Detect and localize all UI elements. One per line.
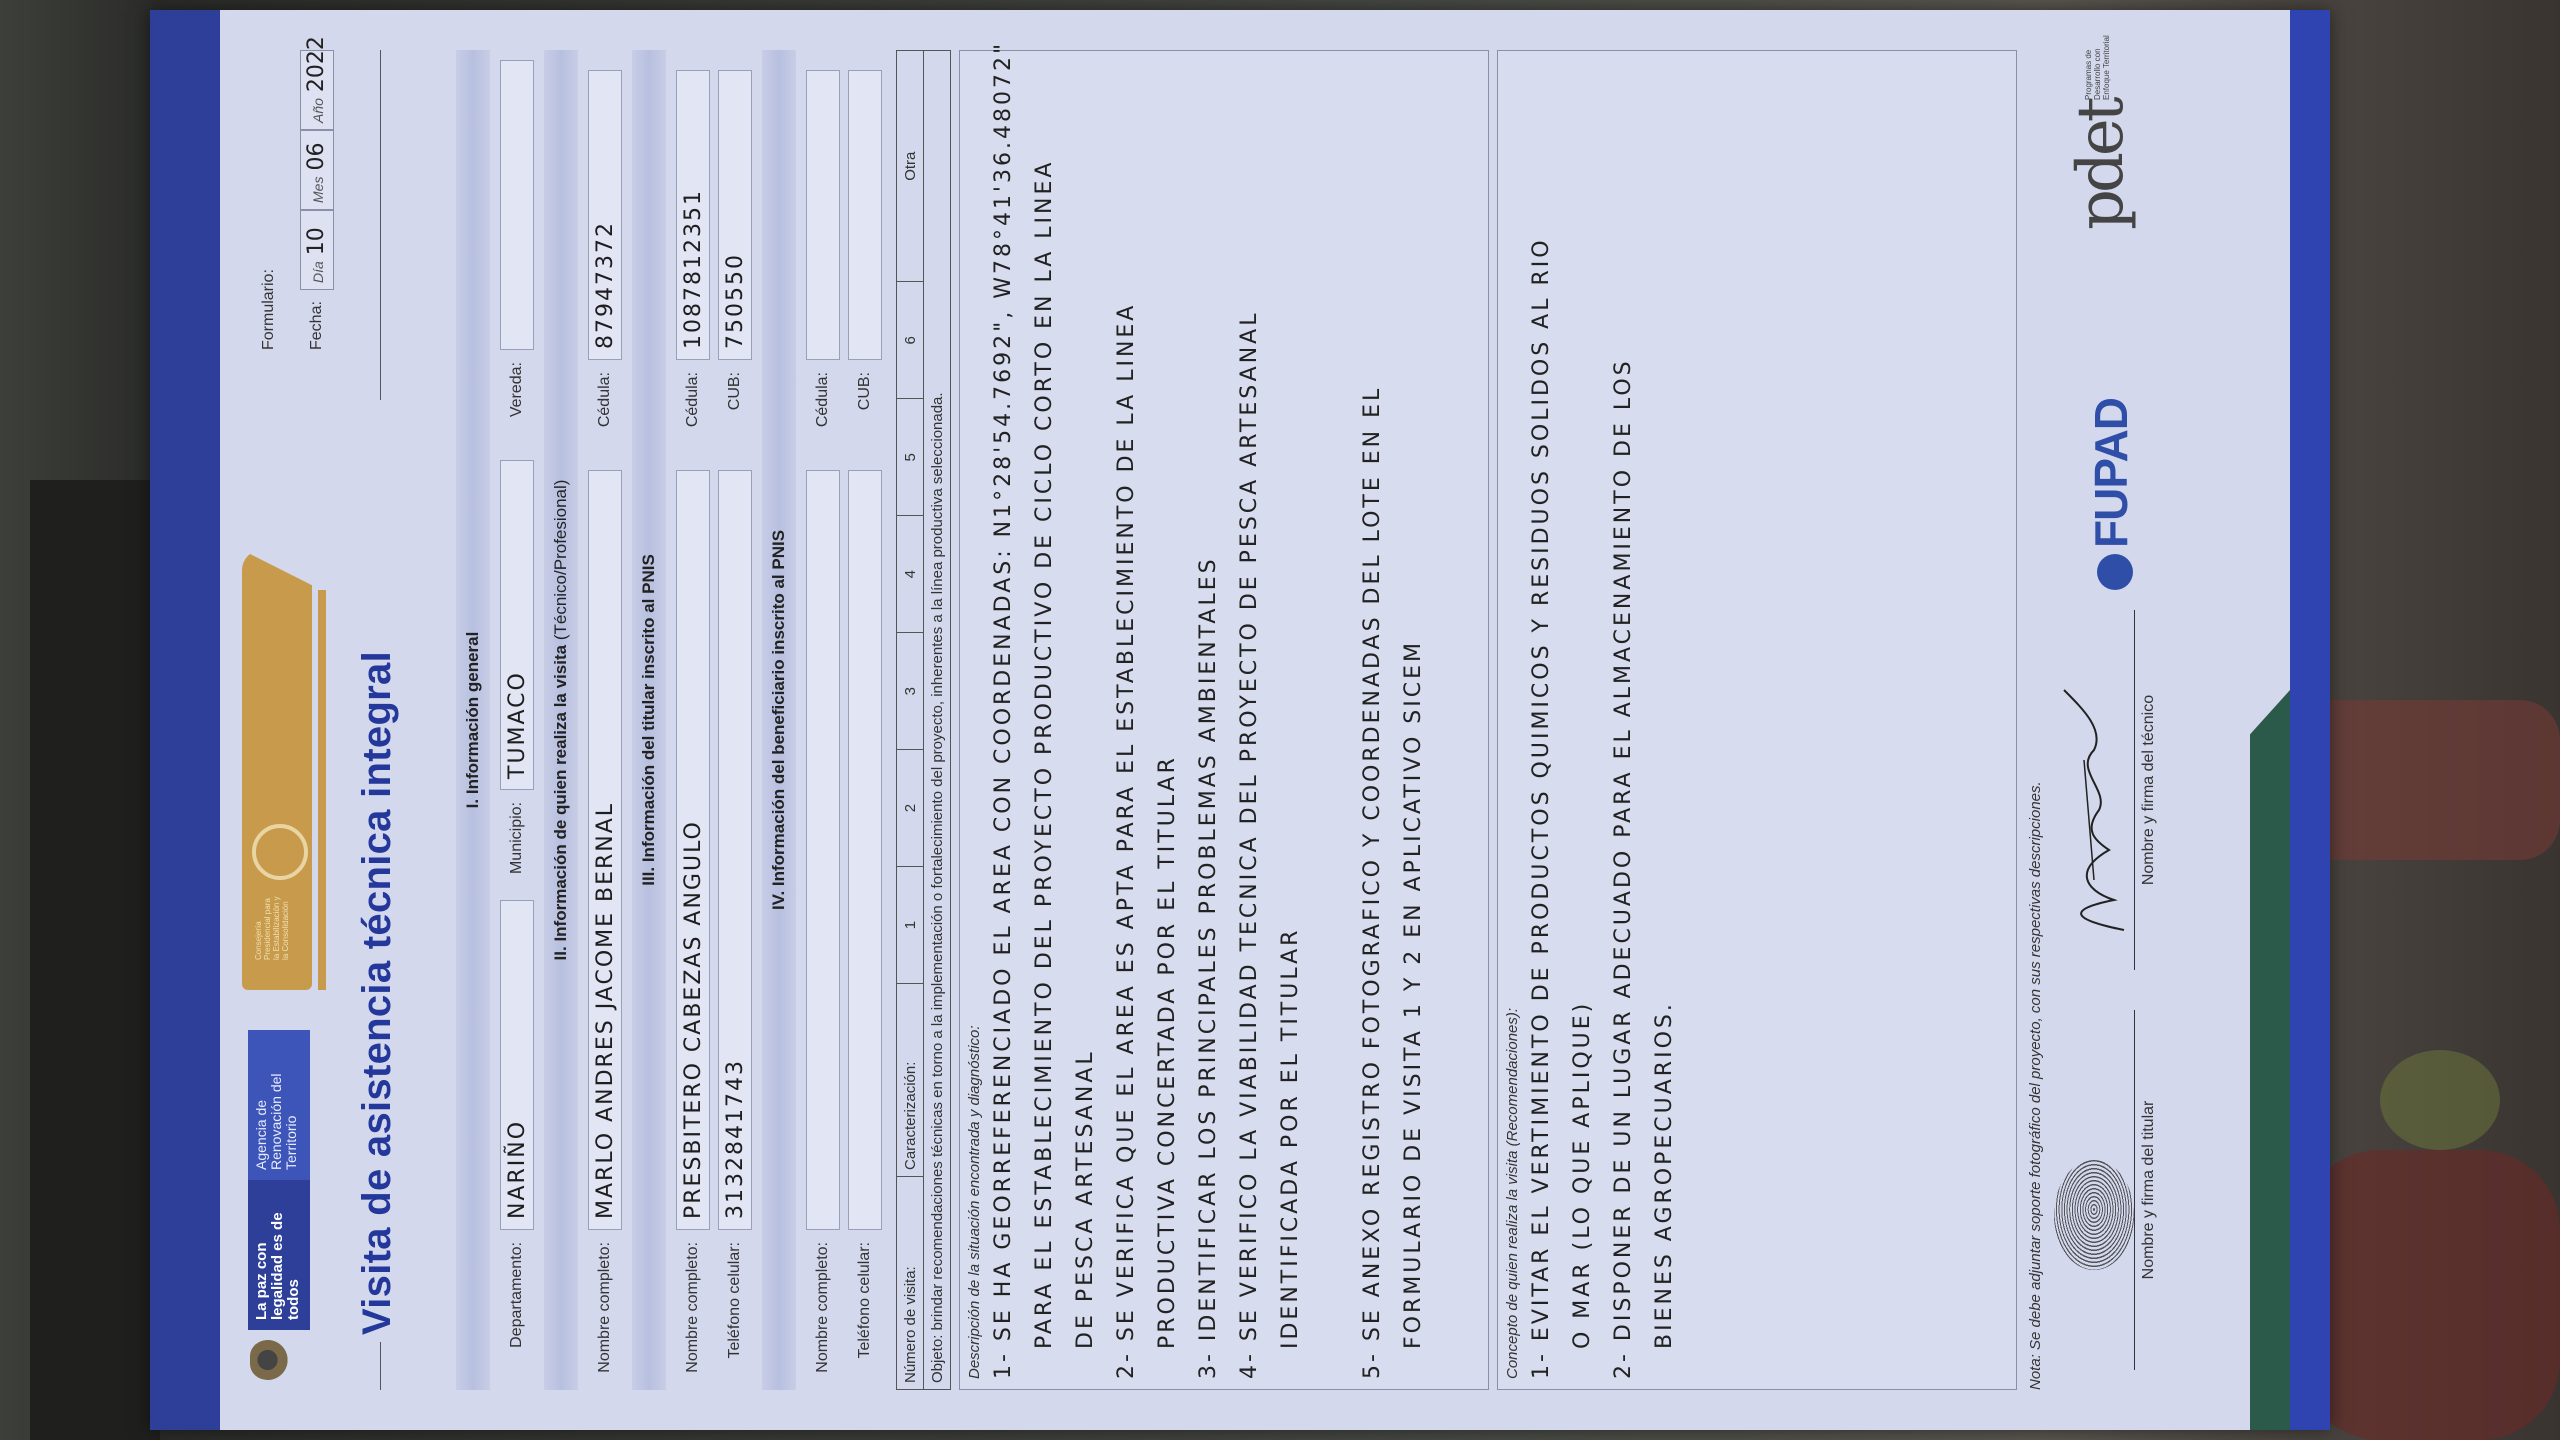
visit-option-3[interactable]: 3 (897, 633, 924, 750)
title-rule (380, 50, 381, 400)
formulario-label: Formulario: (260, 269, 278, 350)
handwritten-line: 1- EVITAR EL VERTIMIENTO DE PRODUCTOS QU… (1521, 61, 1562, 1379)
row-titular-telefono: Teléfono celular: 3132841743 CUB: 750550 (714, 50, 756, 1390)
visit-option-5[interactable]: 5 (897, 399, 924, 516)
top-color-band (150, 10, 220, 1430)
visit-option-4[interactable]: 4 (897, 516, 924, 633)
handwritten-line: 3- IDENTIFICAR LOS PRINCIPALES PROBLEMAS… (1188, 61, 1229, 1379)
section-informacion-general: I. Información general (456, 50, 490, 1390)
row-tecnico: Nombre completo: MARLO ANDRES JACOME BER… (584, 50, 626, 1390)
fecha-dia-field[interactable]: Día10 (300, 210, 334, 290)
titular-nombre-field[interactable]: PRESBITERO CABEZAS ANGULO (676, 470, 710, 1230)
handwritten-line: 2- SE VERIFICA QUE EL AREA ES APTA PARA … (1106, 61, 1147, 1379)
fingerprint-icon (2054, 1160, 2134, 1270)
titular-telefono-field[interactable]: 3132841743 (718, 470, 752, 1230)
swirl-icon (252, 824, 308, 880)
anio-value: 2022 (304, 36, 329, 92)
titular-cub-label: CUB: (726, 360, 744, 470)
fecha-label: Fecha: (308, 301, 326, 350)
dia-label: Día (310, 261, 326, 283)
titular-signature-line (2134, 1010, 2135, 1370)
visit-option-2[interactable]: 2 (897, 750, 924, 867)
signature-area: Nombre y firma del titular Nombre y firm… (2044, 50, 2204, 1390)
handwritten-line: PARA EL ESTABLECIMIENTO DEL PROYECTO PRO… (1024, 61, 1065, 1379)
vereda-field[interactable] (500, 60, 534, 350)
pdet-logo-subtitle: Programas de Desarrollo con Enfoque Terr… (2084, 30, 2111, 100)
handwritten-line: PRODUCTIVA CONCERTADA POR EL TITULAR (1147, 61, 1188, 1379)
row-beneficiario-nombre: Nombre completo: Cédula: (802, 50, 844, 1390)
bottom-color-band (2290, 10, 2330, 1430)
row-titular-nombre: Nombre completo: PRESBITERO CABEZAS ANGU… (672, 50, 714, 1390)
nota-text: Nota: Se debe adjuntar soporte fotográfi… (2027, 50, 2044, 1390)
beneficiario-nombre-label: Nombre completo: (814, 1230, 832, 1390)
tecnico-nombre-label: Nombre completo: (596, 1230, 614, 1390)
tecnico-signature-line (2134, 610, 2135, 970)
mes-value: 06 (304, 143, 329, 171)
tecnico-cedula-field[interactable]: 87947372 (588, 70, 622, 360)
globe-icon (2097, 554, 2133, 590)
section-2-subtitle: (Técnico/Profesional) (551, 480, 570, 641)
titular-nombre-label: Nombre completo: (684, 1230, 702, 1390)
bottom-green-band (2250, 690, 2290, 1430)
row-ubicacion: Departamento: NARIÑO Municipio: TUMACO V… (496, 50, 538, 1390)
beneficiario-telefono-field[interactable] (848, 470, 882, 1230)
handwritten-line: 1- SE HA GEORREFERENCIADO EL AREA CON CO… (983, 61, 1024, 1379)
pdet-logo: pdet (2064, 100, 2138, 230)
objeto-text: Objeto: brindar recomendaciones técnicas… (924, 51, 951, 1390)
descripcion-label: Descripción de la situación encontrada y… (966, 61, 983, 1379)
vereda-label: Vereda: (508, 350, 526, 460)
visit-option-1[interactable]: 1 (897, 867, 924, 984)
section-beneficiario: IV. Información del beneficiario inscrit… (762, 50, 796, 1390)
handwritten-line: 5- SE ANEXO REGISTRO FOTOGRAFICO Y COORD… (1352, 61, 1393, 1379)
form-header: La paz con legalidad es de todos Agencia… (220, 50, 450, 1390)
titular-cedula-label: Cédula: (684, 360, 702, 470)
visit-option-6[interactable]: 6 (897, 282, 924, 399)
handwritten-line: 4- SE VERIFICO LA VIABILIDAD TECNICA DEL… (1229, 61, 1270, 1379)
departamento-field[interactable]: NARIÑO (500, 900, 534, 1230)
fupad-logo-text: FUPAD (2085, 398, 2137, 548)
background-shadow (30, 480, 160, 1440)
concepto-text: 1- EVITAR EL VERTIMIENTO DE PRODUCTOS QU… (1521, 61, 1685, 1379)
fecha-mes-field[interactable]: Mes06 (300, 130, 334, 210)
municipio-label: Municipio: (508, 790, 526, 900)
badge-agencia-renovacion: Agencia de Renovación del Territorio (248, 1030, 310, 1180)
tecnico-signature-label: Nombre y firma del técnico (2140, 610, 2158, 970)
section-2-title: II. Información de quien realiza la visi… (551, 645, 570, 961)
tecnico-cedula-label: Cédula: (596, 360, 614, 470)
handwritten-line: O MAR (LO QUE APLIQUE) (1562, 61, 1603, 1379)
handwritten-line (1311, 61, 1352, 1379)
beneficiario-cedula-field[interactable] (806, 70, 840, 360)
beneficiario-cub-label: CUB: (856, 360, 874, 470)
beneficiario-cedula-label: Cédula: (814, 360, 832, 470)
handwritten-line: FORMULARIO DE VISITA 1 Y 2 EN APLICATIVO… (1393, 61, 1434, 1379)
dia-value: 10 (304, 227, 329, 255)
gold-stripe (318, 590, 326, 990)
anio-label: Año (310, 98, 326, 123)
departamento-label: Departamento: (508, 1230, 526, 1390)
section-quien-realiza: II. Información de quien realiza la visi… (544, 50, 578, 1390)
caracterizacion-option[interactable]: Caracterización: (897, 984, 924, 1177)
handwritten-line: BIENES AGROPECUARIOS. (1644, 61, 1685, 1379)
municipio-field[interactable]: TUMACO (500, 460, 534, 790)
descripcion-text: 1- SE HA GEORREFERENCIADO EL AREA CON CO… (983, 61, 1434, 1379)
page-title: Visita de asistencia técnica integral (355, 651, 400, 1335)
tecnico-nombre-field[interactable]: MARLO ANDRES JACOME BERNAL (588, 470, 622, 1230)
visit-number-table: Número de visita: Caracterización: 1 2 3… (896, 50, 951, 1390)
row-beneficiario-telefono: Teléfono celular: CUB: (844, 50, 886, 1390)
titular-cub-field[interactable]: 750550 (718, 70, 752, 360)
background-fabric (2300, 1150, 2560, 1440)
concepto-box[interactable]: Concepto de quien realiza la visita (Rec… (1497, 50, 2017, 1390)
concepto-label: Concepto de quien realiza la visita (Rec… (1504, 61, 1521, 1379)
fupad-logo: FUPAD (2084, 398, 2138, 590)
consejeria-logo-text: Consejería Presidencial para la Estabili… (254, 890, 290, 960)
numero-visita-label: Número de visita: (897, 1177, 924, 1390)
handwritten-line: IDENTIFICADA POR EL TITULAR (1270, 61, 1311, 1379)
titular-signature-label: Nombre y firma del titular (2140, 1010, 2158, 1370)
background-fabric (2380, 1050, 2500, 1150)
title-rule (380, 1342, 381, 1390)
technician-signature-icon (2054, 680, 2134, 940)
mes-label: Mes (310, 177, 326, 203)
visit-option-otra[interactable]: Otra (897, 51, 924, 282)
titular-cedula-field[interactable]: 1087812351 (676, 70, 710, 360)
handwritten-line: DE PESCA ARTESANAL (1065, 61, 1106, 1379)
handwritten-line: 2- DISPONER DE UN LUGAR ADECUADO PARA EL… (1603, 61, 1644, 1379)
beneficiario-cub-field[interactable] (848, 70, 882, 360)
coat-of-arms-icon (250, 1340, 294, 1380)
titular-telefono-label: Teléfono celular: (726, 1230, 744, 1390)
fecha-anio-field[interactable]: Año2022 (300, 50, 334, 130)
form-sheet: La paz con legalidad es de todos Agencia… (150, 10, 2330, 1430)
beneficiario-nombre-field[interactable] (806, 470, 840, 1230)
section-titular: III. Información del titular inscrito al… (632, 50, 666, 1390)
descripcion-box[interactable]: Descripción de la situación encontrada y… (959, 50, 1489, 1390)
consejeria-logo: Consejería Presidencial para la Estabili… (242, 550, 312, 990)
beneficiario-telefono-label: Teléfono celular: (856, 1230, 874, 1390)
badge-paz-legalidad: La paz con legalidad es de todos (248, 1180, 310, 1330)
